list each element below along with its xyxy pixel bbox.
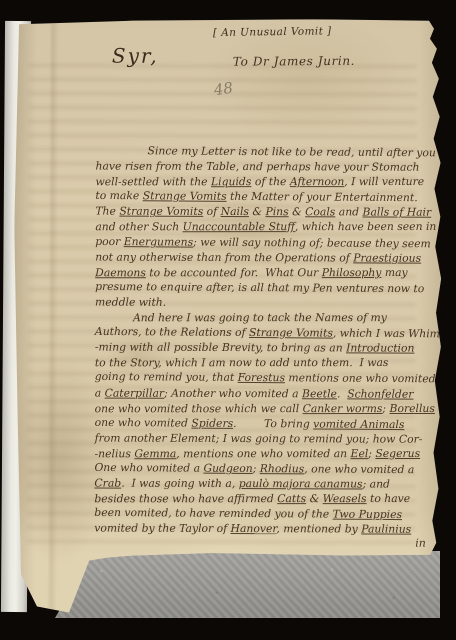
manuscript-line: been vomited, to have reminded you of th…: [94, 505, 446, 523]
manuscript-line: Authors, to the Relations of Strange Vom…: [95, 324, 447, 342]
manuscript-line: not any otherwise than from the Operatio…: [95, 249, 447, 265]
manuscript-line: The Strange Vomits of Nails & Pins & Coa…: [95, 204, 447, 220]
felt-backing: [55, 551, 440, 618]
manuscript-line: poor Energumens; we will say nothing of;…: [95, 233, 447, 251]
manuscript-line: And here I was going to tack the Names o…: [95, 310, 447, 325]
manuscript-line: -nelius Gemma, mentions one who vomited …: [95, 446, 447, 461]
manuscript-line: a Caterpillar; Another who vomited a Bee…: [95, 385, 447, 401]
manuscript-line: Since my Letter is not like to be read, …: [96, 143, 448, 161]
catchword: in: [415, 537, 426, 550]
manuscript-line: Crab. I was going with a, paulò majora c…: [94, 476, 446, 492]
salutation: Syr,: [112, 44, 159, 68]
manuscript-line: one who vomited Spiders. To bring vomite…: [95, 415, 447, 433]
manuscript-line: have risen from the Table, and perhaps h…: [96, 159, 448, 175]
manuscript-page: [ An Unusual Vomit ] Syr, To Dr James Ju…: [11, 17, 445, 619]
manuscript-line: One who vomited a Gudgeon; Rhodius, one …: [94, 460, 446, 478]
manuscript-line: -ming with all possible Brevity, to brin…: [95, 340, 447, 356]
manuscript-line: to make Strange Vomits the Matter of you…: [95, 188, 447, 206]
manuscript-line: and other Such Unaccountable Stuff, whic…: [95, 219, 447, 234]
manuscript-line: Daemons to be accounted for. What Our Ph…: [95, 265, 447, 280]
manuscript-line: from another Element; I was going to rem…: [95, 430, 447, 446]
manuscript-line: meddle with.: [95, 294, 447, 310]
photo-stage: [ An Unusual Vomit ] Syr, To Dr James Ju…: [0, 0, 456, 640]
manuscript-line: well-settled with the Liquids of the Aft…: [95, 174, 447, 189]
folio-number: 48: [213, 79, 234, 99]
letter-body: Since my Letter is not like to be read, …: [94, 144, 447, 538]
title-annotation: [ An Unusual Vomit ]: [213, 25, 332, 39]
manuscript-line: one who vomited those which we call Cank…: [95, 401, 447, 416]
addressee-line: To Dr James Jurin.: [233, 54, 355, 69]
manuscript-line: presume to enquire after, is all that my…: [95, 279, 447, 297]
manuscript-line: going to remind you, that Forestus menti…: [95, 369, 447, 387]
manuscript-line: vomited by the Taylor of Hanover, mentio…: [94, 521, 446, 537]
manuscript-line: besides those who have affirmed Catts & …: [94, 491, 446, 506]
